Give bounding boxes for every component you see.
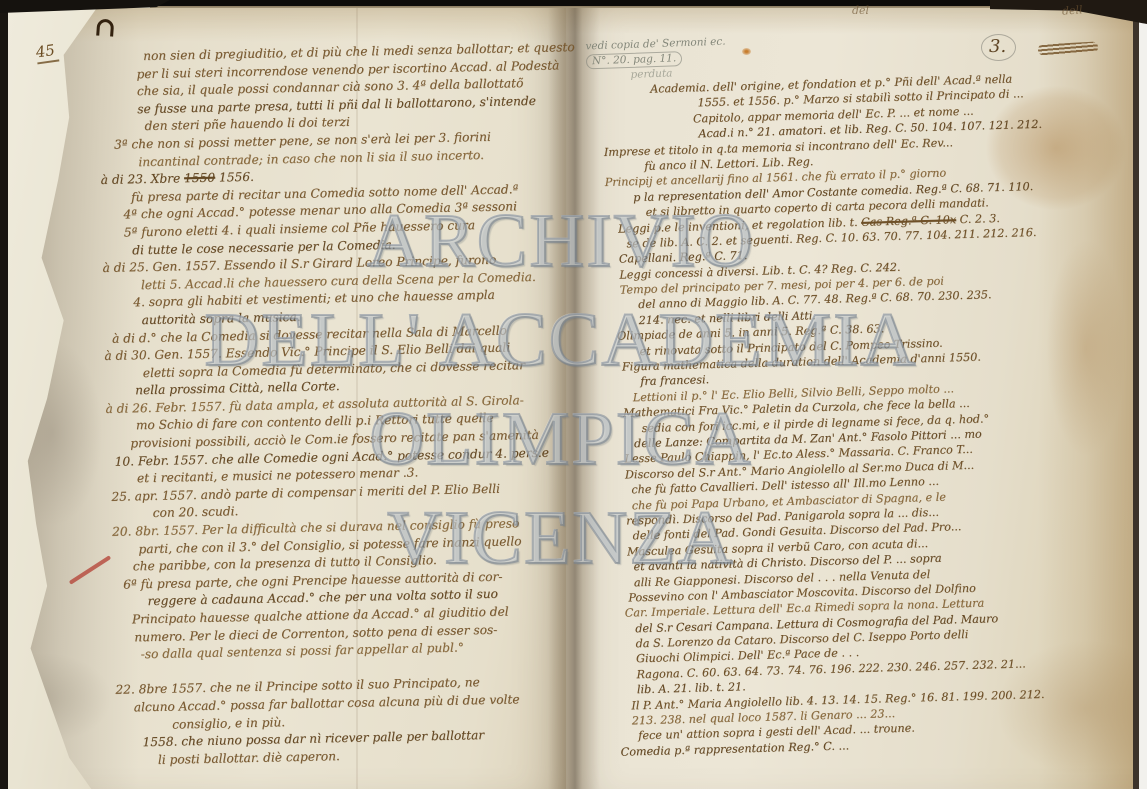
manuscript-text-right: Academia. dell' origine, et fondation et… bbox=[602, 69, 1147, 761]
ink-bleed-mark: dell bbox=[1062, 3, 1083, 17]
right-folio-number: 3. bbox=[981, 34, 1016, 61]
manuscript-line-text: con 20. scudi. bbox=[153, 505, 239, 521]
manuscript-line-text: Capellani. Reg.ª C. 71. bbox=[619, 249, 748, 266]
pencil-note: vedi copia de' Sermoni ec. N°. 20. pag. … bbox=[585, 36, 727, 83]
manuscript-line-text: à di 23. Xbre 1550 1556. bbox=[101, 170, 254, 187]
manuscript-line-text: nella prossima Città, nella Corte. bbox=[135, 379, 340, 397]
manuscript-line-text: den steri pñe hauendo li doi terzi bbox=[144, 115, 350, 133]
left-folio-number: 45 bbox=[35, 41, 60, 65]
manuscript-line-text: lib. A. 21. lib. t. 21. bbox=[637, 680, 746, 696]
manuscript-scan: ∩ 45 3. vedi copia de' Sermoni ec. N°. 2… bbox=[0, 0, 1147, 789]
manuscript-line-text: consiglio, e in più. bbox=[172, 715, 285, 731]
manuscript-text-left: non sien di pregiuditio, et di più che l… bbox=[98, 40, 575, 771]
ink-flourish-mark: ∩ bbox=[93, 11, 118, 44]
manuscript-line-text: auttorità sopra la musica. bbox=[142, 310, 301, 327]
ink-bleed-mark: del bbox=[852, 4, 869, 17]
orange-ink-blot bbox=[742, 48, 751, 55]
manuscript-line-text: li posti ballottar. diè caperon. bbox=[158, 749, 340, 767]
manuscript-line-text: fra francesi. bbox=[640, 374, 709, 389]
